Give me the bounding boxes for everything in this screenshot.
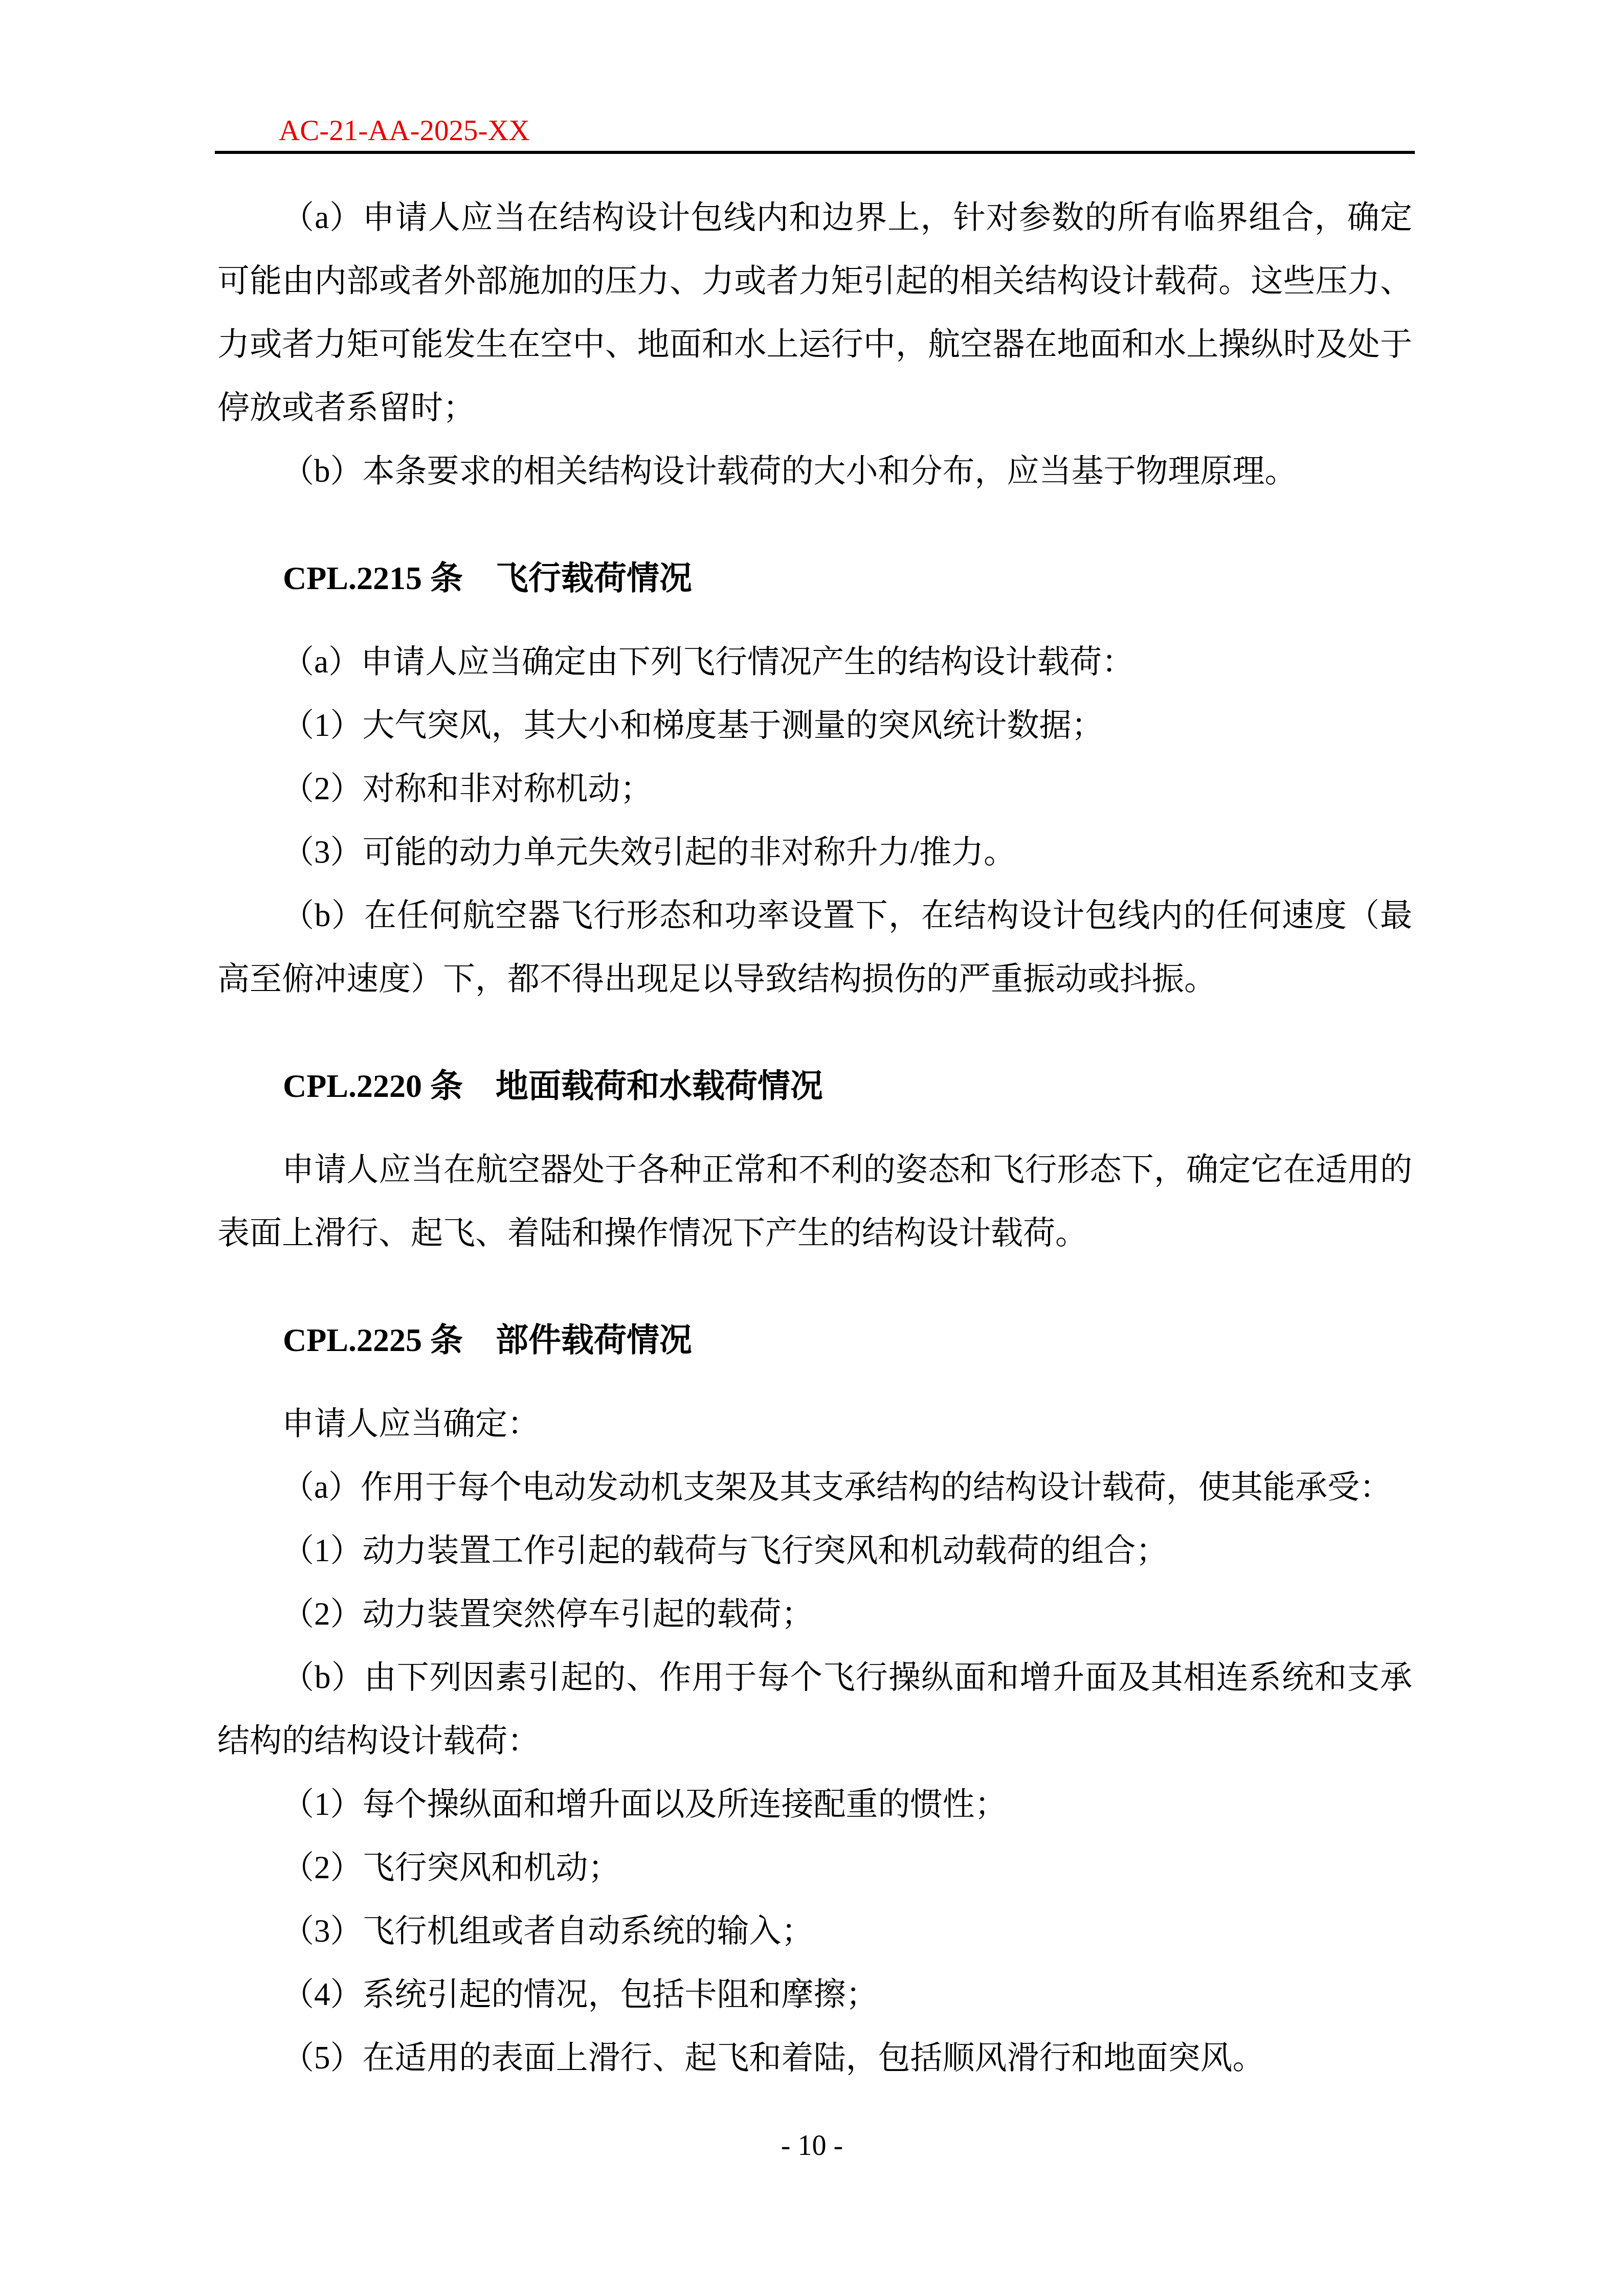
body-paragraph: 申请人应当在航空器处于各种正常和不利的姿态和飞行形态下，确定它在适用的表面上滑行…: [217, 1138, 1412, 1265]
body-paragraph: （a）作用于每个电动发动机支架及其支承结构的结构设计载荷，使其能承受：: [217, 1455, 1412, 1519]
section-heading: CPL.2225 条 部件载荷情况: [217, 1309, 1412, 1372]
body-paragraph: （a）申请人应当确定由下列飞行情况产生的结构设计载荷：: [217, 630, 1412, 693]
body-paragraph: （b）在任何航空器飞行形态和功率设置下，在结构设计包线内的任何速度（最高至俯冲速…: [217, 884, 1412, 1010]
body-paragraph: （b）本条要求的相关结构设计载荷的大小和分布，应当基于物理原理。: [217, 439, 1412, 503]
body-paragraph: （b）由下列因素引起的、作用于每个飞行操纵面和增升面及其相连系统和支承结构的结构…: [217, 1646, 1412, 1772]
body-paragraph: （3）可能的动力单元失效引起的非对称升力/推力。: [217, 820, 1412, 884]
page-number: - 10 -: [0, 2130, 1624, 2161]
body-paragraph: （2）动力装置突然停车引起的载荷；: [217, 1582, 1412, 1646]
doc-number: AC-21-AA-2025-XX: [279, 116, 530, 146]
section-heading: CPL.2215 条 飞行载荷情况: [217, 547, 1412, 610]
document-page: AC-21-AA-2025-XX （a）申请人应当在结构设计包线内和边界上，针对…: [0, 0, 1624, 2296]
body-paragraph: （4）系统引起的情况，包括卡阻和摩擦；: [217, 1963, 1412, 2026]
body-paragraph: （2）飞行突风和机动；: [217, 1836, 1412, 1899]
body-paragraph: （3）飞行机组或者自动系统的输入；: [217, 1899, 1412, 1963]
section-heading: CPL.2220 条 地面载荷和水载荷情况: [217, 1054, 1412, 1118]
body-paragraph: （1）每个操纵面和增升面以及所连接配重的惯性；: [217, 1772, 1412, 1836]
document-body: （a）申请人应当在结构设计包线内和边界上，针对参数的所有临界组合，确定可能由内部…: [217, 186, 1412, 2089]
body-paragraph: （2）对称和非对称机动；: [217, 757, 1412, 820]
body-paragraph: （a）申请人应当在结构设计包线内和边界上，针对参数的所有临界组合，确定可能由内部…: [217, 186, 1412, 439]
header-rule-divider: [215, 151, 1415, 154]
body-paragraph: （1）动力装置工作引起的载荷与飞行突风和机动载荷的组合；: [217, 1519, 1412, 1582]
body-paragraph: 申请人应当确定：: [217, 1392, 1412, 1455]
body-paragraph: （1）大气突风，其大小和梯度基于测量的突风统计数据；: [217, 693, 1412, 757]
body-paragraph: （5）在适用的表面上滑行、起飞和着陆，包括顺风滑行和地面突风。: [217, 2026, 1412, 2089]
